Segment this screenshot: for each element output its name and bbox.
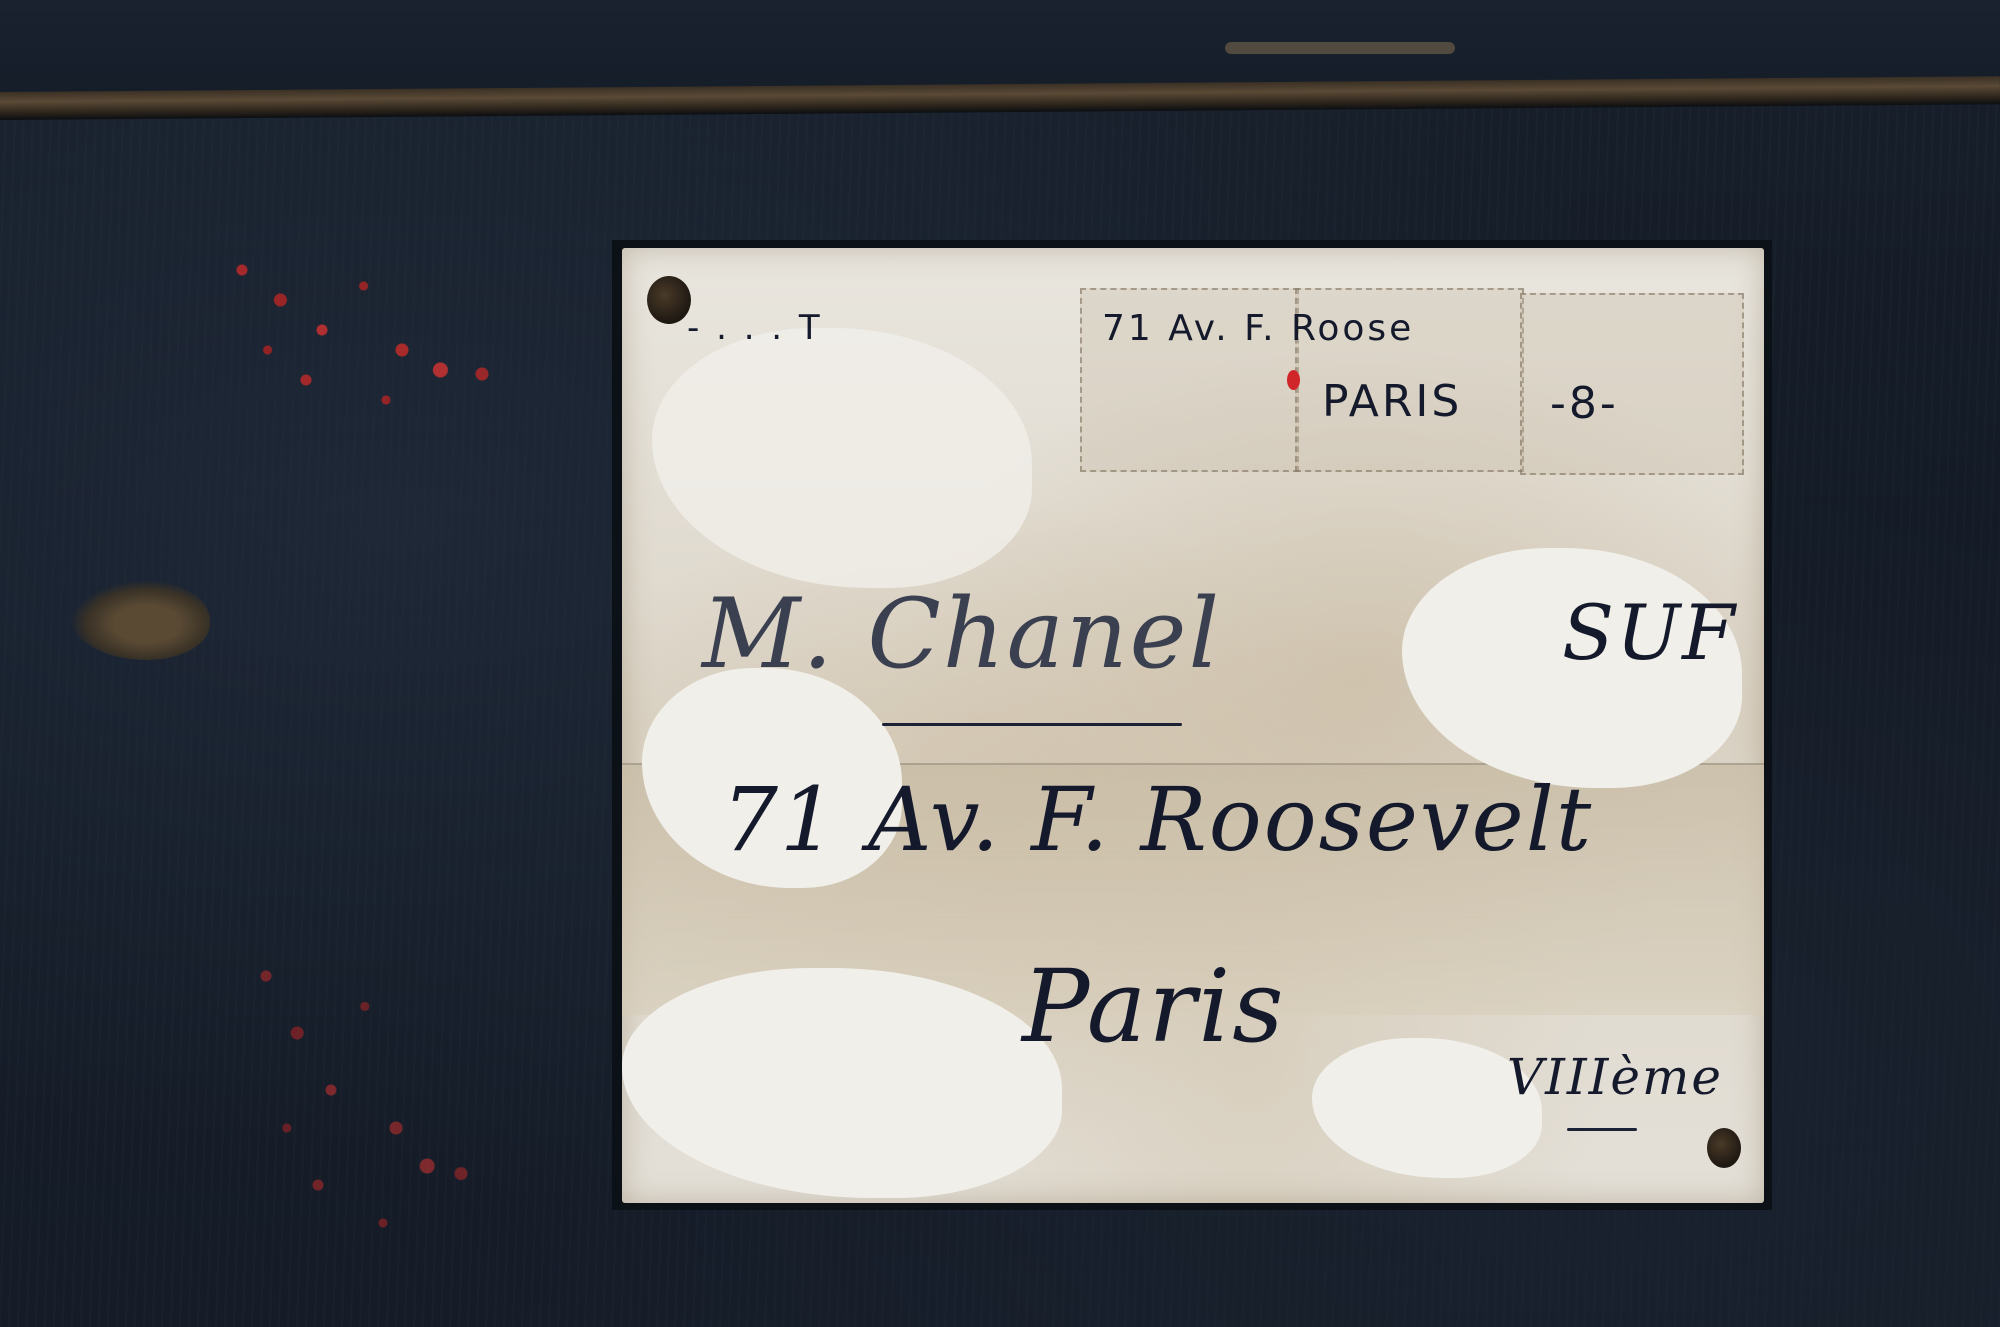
red-paint-flecks — [210, 230, 530, 430]
nail-head-top-left — [647, 276, 691, 324]
red-paint-flecks-lower — [240, 900, 500, 1280]
address-line: 71 Av. F. Roosevelt — [722, 768, 1593, 871]
recipient-name: M. Chanel — [702, 578, 1221, 690]
header-text: - . . . T — [687, 308, 823, 348]
city-name: Paris — [1022, 948, 1286, 1065]
nail-head-bottom-right — [1707, 1128, 1741, 1168]
red-ink-dot — [1287, 370, 1300, 390]
stamp-line-1: 71 Av. F. Roose — [1102, 308, 1414, 349]
arrondissement-underline — [1567, 1128, 1637, 1131]
address-label: - . . . T 71 Av. F. Roose PARIS -8- M. C… — [622, 248, 1764, 1203]
stamp-number: -8- — [1550, 378, 1619, 429]
side-note: SUF — [1562, 588, 1737, 677]
stamp-line-2: PARIS — [1322, 376, 1462, 427]
arrondissement: VIIIème — [1507, 1048, 1723, 1106]
recipient-underline — [882, 723, 1182, 726]
scratch-mark — [1225, 42, 1455, 54]
peeled-paper — [652, 328, 1032, 588]
